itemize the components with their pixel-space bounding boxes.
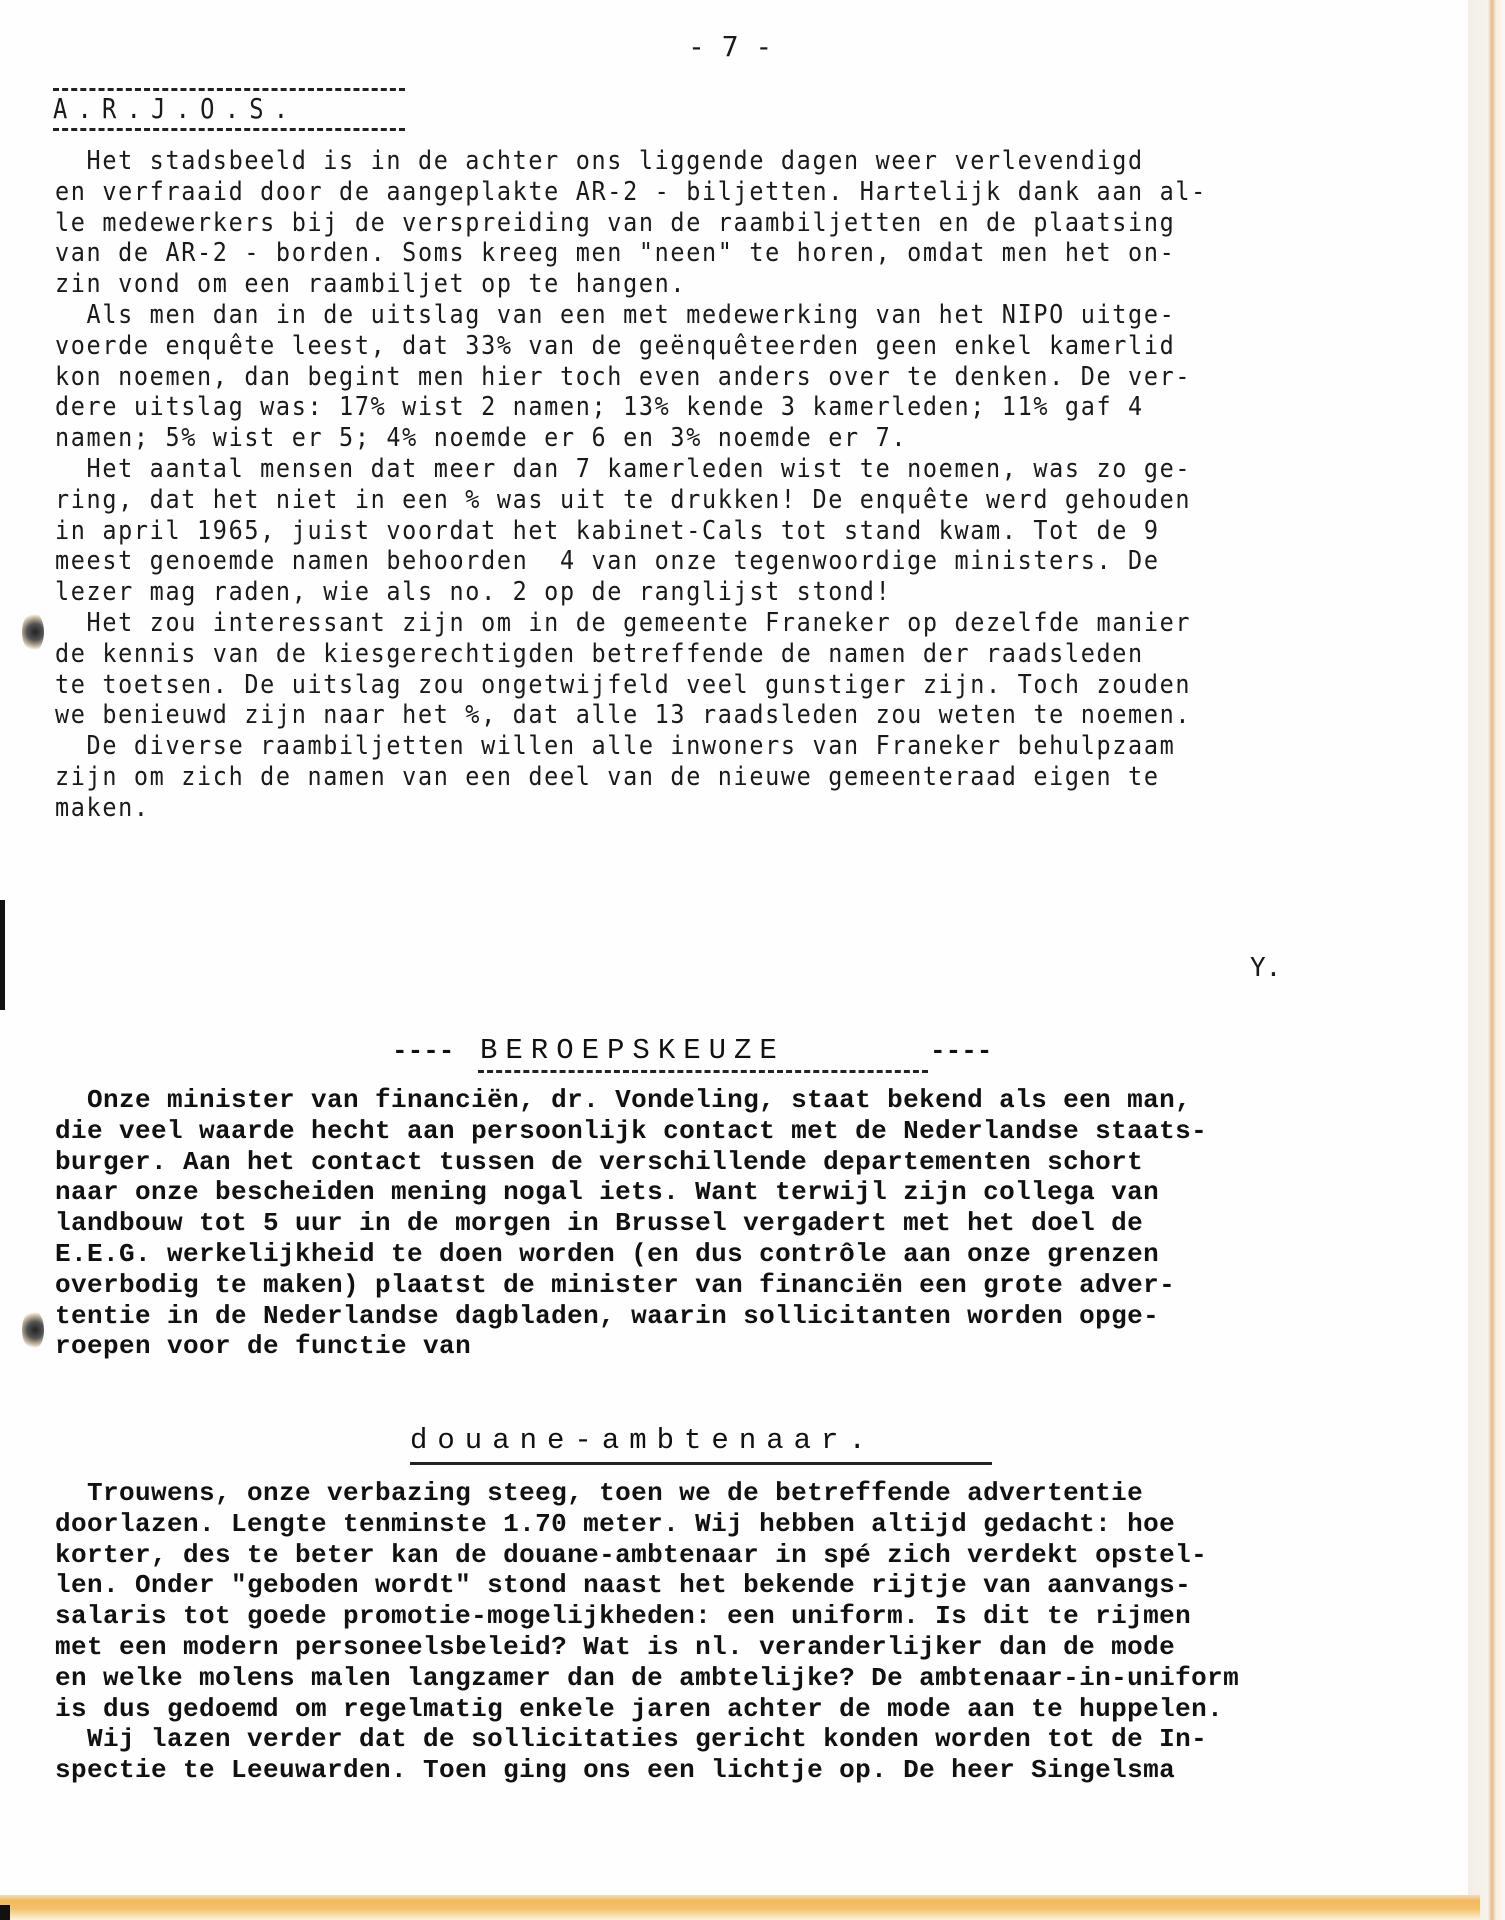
text-line: Het zou interessant zijn om in de gemeen… xyxy=(55,608,1191,638)
text-line: le medewerkers bij de verspreiding van d… xyxy=(55,208,1175,238)
text-line: te toetsen. De uitslag zou ongetwijfeld … xyxy=(55,670,1191,700)
text-line: salaris tot goede promotie-mogelijkheden… xyxy=(55,1601,1191,1631)
text-line: meest genoemde namen behoorden 4 van onz… xyxy=(55,546,1160,576)
emphasis-underline xyxy=(410,1462,992,1465)
text-line: korter, des te beter kan de douane-ambte… xyxy=(55,1540,1207,1570)
text-line: namen; 5% wist er 5; 4% noemde er 6 en 3… xyxy=(55,423,907,453)
text-line: lezer mag raden, wie als no. 2 op de ran… xyxy=(55,577,891,607)
text-line: de kennis van de kiesgerechtigden betref… xyxy=(55,639,1144,669)
scan-shadow-left xyxy=(0,900,5,1010)
scan-shadow xyxy=(0,1905,10,1920)
heading-rule xyxy=(478,1070,928,1073)
text-line: roepen voor de functie van xyxy=(55,1331,471,1361)
text-line: en verfraaid door de aangeplakte AR-2 - … xyxy=(55,177,1207,207)
text-line: dere uitslag was: 17% wist 2 namen; 13% … xyxy=(55,392,1144,422)
text-line: van de AR-2 - borden. Soms kreeg men "ne… xyxy=(55,238,1175,268)
heading-rule-bottom xyxy=(53,128,405,131)
heading-dashes-right: ---- xyxy=(930,1036,992,1066)
signature: Y. xyxy=(1250,953,1281,983)
text-line: Het stadsbeeld is in de achter ons ligge… xyxy=(55,146,1144,176)
text-line: zin vond om een raambiljet op te hangen. xyxy=(55,269,686,299)
text-line: is dus gedoemd om regelmatig enkele jare… xyxy=(55,1694,1223,1724)
text-line: zijn om zich de namen van een deel van d… xyxy=(55,762,1160,792)
text-line: met een modern personeelsbeleid? Wat is … xyxy=(55,1632,1175,1662)
text-line: Onze minister van financiën, dr. Vondeli… xyxy=(55,1085,1191,1115)
text-line: De diverse raambiljetten willen alle inw… xyxy=(55,731,1175,761)
text-line: burger. Aan het contact tussen de versch… xyxy=(55,1147,1143,1177)
text-line: overbodig te maken) plaatst de minister … xyxy=(55,1270,1175,1300)
text-line: kon noemen, dan begint men hier toch eve… xyxy=(55,362,1191,392)
punch-hole-icon xyxy=(22,1310,44,1350)
text-line: Het aantal mensen dat meer dan 7 kamerle… xyxy=(55,454,1191,484)
text-line: die veel waarde hecht aan persoonlijk co… xyxy=(55,1116,1207,1146)
text-line: landbouw tot 5 uur in de morgen in Bruss… xyxy=(55,1208,1143,1238)
heading-rule-top xyxy=(53,88,405,91)
page-number: - 7 - xyxy=(688,30,772,63)
punch-hole-icon xyxy=(22,612,44,652)
text-line: len. Onder "geboden wordt" stond naast h… xyxy=(55,1570,1191,1600)
text-line: tentie in de Nederlandse dagbladen, waar… xyxy=(55,1301,1159,1331)
section-title-arjos: A.R.J.O.S. xyxy=(53,92,298,125)
text-line: ring, dat het niet in een % was uit te d… xyxy=(55,485,1191,515)
text-line: in april 1965, juist voordat het kabinet… xyxy=(55,516,1160,546)
paper-edge-right xyxy=(1468,0,1505,1920)
heading-dashes-left: ---- xyxy=(392,1036,454,1066)
text-line: Als men dan in de uitslag van een met me… xyxy=(55,300,1175,330)
text-line: naar onze bescheiden mening nogal iets. … xyxy=(55,1177,1159,1207)
text-line: voerde enquête leest, dat 33% van de geë… xyxy=(55,331,1175,361)
text-line: Trouwens, onze verbazing steeg, toen we … xyxy=(55,1478,1143,1508)
text-line: we benieuwd zijn naar het %, dat alle 13… xyxy=(55,700,1191,730)
text-line: maken. xyxy=(55,793,150,823)
text-line: doorlazen. Lengte tenminste 1.70 meter. … xyxy=(55,1509,1175,1539)
paper-edge-bottom xyxy=(0,1895,1480,1920)
text-line: Wij lazen verder dat de sollicitaties ge… xyxy=(55,1724,1207,1754)
emphasis-douane-ambtenaar: douane-ambtenaar. xyxy=(410,1424,876,1457)
section-title-beroepskeuze: BEROEPSKEUZE xyxy=(480,1034,785,1067)
text-line: en welke molens malen langzamer dan de a… xyxy=(55,1663,1239,1693)
text-line: spectie te Leeuwarden. Toen ging ons een… xyxy=(55,1755,1175,1785)
text-line: E.E.G. werkelijkheid te doen worden (en … xyxy=(55,1239,1159,1269)
